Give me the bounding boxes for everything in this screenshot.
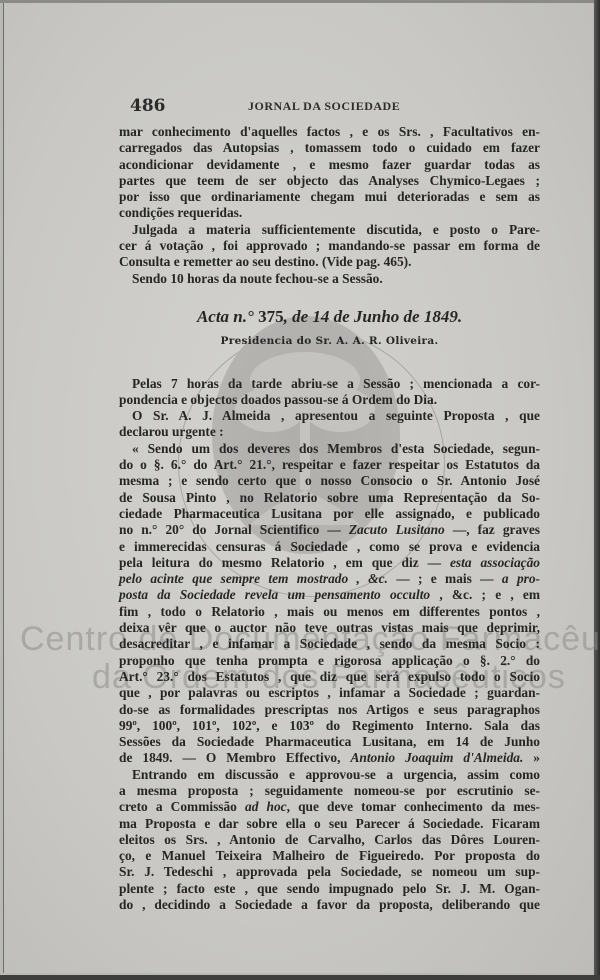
paragraph-closing: Sendo 10 horas da noute fechou-se a Sess… — [119, 271, 540, 287]
acta-heading: Acta n.° 375, de 14 de Junho de 1849. — [119, 309, 540, 325]
text-line: « Sendo um dos deveres dos Membros d'est… — [119, 441, 540, 457]
text-line: do-se as formalidades prescriptas nos Ar… — [119, 702, 540, 718]
text-line: ciedade Pharmaceutica Lusitana por elle … — [119, 506, 540, 522]
text-line: que , por palavras ou escriptos , infama… — [119, 685, 540, 701]
acta-number: 375 — [258, 307, 284, 326]
text-line: Sendo 10 horas da noute fechou-se a Sess… — [119, 271, 540, 287]
quoted-text: posta da Sociedade revela um pensamento … — [119, 587, 430, 602]
text-line: condições requeridas. — [119, 205, 540, 221]
text-line: O Sr. A. J. Almeida , apresentou a segui… — [119, 408, 540, 424]
text-run: — ; e mais — — [388, 571, 502, 586]
proposal-quote: « Sendo um dos deveres dos Membros d'est… — [119, 441, 540, 767]
text-line: plente ; facto este , que sendo impugnad… — [119, 881, 540, 897]
text-line: carregados das Autopsias , tomassem todo… — [119, 140, 540, 156]
text-line: eleitos os Srs. , Antonio de Carvalho, C… — [119, 832, 540, 848]
presidency-line: Presidencia do Sr. A. A. R. Oliveira. — [119, 333, 540, 349]
text-line: do , decidindo a Sociedade a favor da pr… — [119, 897, 540, 913]
text-line: pelo acinte que sempre tem mostrado , &c… — [119, 571, 540, 587]
text-line: Sr. J. Tedeschi , approvada pela Socieda… — [119, 864, 540, 880]
text-line: Entrando em discussão e approvou-se a ur… — [119, 767, 540, 783]
text-run: de 1849. — O Membro Effectivo, — [119, 750, 350, 765]
paragraph-discussion: Entrando em discussão e approvou-se a ur… — [119, 767, 540, 914]
acta-date: , de 14 de Junho de 1849. — [284, 307, 463, 326]
text-line: ço, e Manuel Teixeira Malheiro de Figuei… — [119, 848, 540, 864]
text-line: creto a Commissão ad hoc, que deve tomar… — [119, 799, 540, 815]
text-line: fim , todo o Relatorio , mais ou menos e… — [119, 604, 540, 620]
acta-prefix: Acta n.° — [197, 307, 254, 326]
text-line: Consulta e remetter ao seu destino. (Vid… — [119, 254, 540, 270]
journal-title: Zacuto Lusitano — [349, 522, 445, 537]
text-line: Pelas 7 horas da tarde abriu-se a Sessão… — [119, 376, 540, 392]
page-body: mar conhecimento d'aquelles factos , e o… — [119, 124, 540, 913]
text-line: de Sousa Pinto , no Relatorio sobre uma … — [119, 490, 540, 506]
text-line: proponho que tenha prompta e rigorosa ap… — [119, 653, 540, 669]
paragraph-parecer: Julgada a materia sufficientemente discu… — [119, 222, 540, 271]
text-run: , que deve tomar conhecimento da mes- — [287, 799, 540, 814]
text-line: de 1849. — O Membro Effectivo, Antonio J… — [119, 750, 540, 766]
text-line: posta da Sociedade revela um pensamento … — [119, 587, 540, 603]
scan-binding-edge — [594, 0, 600, 980]
text-line: partes que teem de ser objecto das Analy… — [119, 173, 540, 189]
text-line: Art.° 23.° dos Estatutos , que diz que s… — [119, 669, 540, 685]
text-line: a mesma proposta ; seguidamente nomeou-s… — [119, 783, 540, 799]
text-line: por isso que ordinariamente chegam mui d… — [119, 189, 540, 205]
quoted-text: a pro- — [502, 571, 540, 586]
quoted-text: esta associação — [450, 555, 540, 570]
text-line: pondencia e objectos doados passou-se á … — [119, 392, 540, 408]
text-line: pela leitura do mesmo Relatorio , em que… — [119, 555, 540, 571]
text-run: no n.° 20° do Jornal Scientifico — — [119, 522, 349, 537]
text-line: Julgada a materia sufficientemente discu… — [119, 222, 540, 238]
text-line: 99º, 100º, 101º, 102º, e 103º do Regimen… — [119, 718, 540, 734]
running-title: JORNAL DA SOCIEDADE — [248, 99, 400, 114]
text-run: —, faz graves — [445, 522, 540, 537]
text-line: e immerecidas censuras á Sociedade , com… — [119, 539, 540, 555]
text-line: no n.° 20° do Jornal Scientifico — Zacut… — [119, 522, 540, 538]
latin-term: ad hoc — [245, 799, 287, 814]
text-run: » — [523, 750, 540, 765]
scan-bottom-edge — [0, 975, 600, 980]
page-header: 486 JORNAL DA SOCIEDADE — [130, 96, 480, 118]
text-line: ma Proposta e dar sobre ella o seu Parec… — [119, 816, 540, 832]
paragraph-autopsias: mar conhecimento d'aquelles factos , e o… — [119, 124, 540, 222]
text-line: do o §. 6.° do Art.° 21.°, respeitar e f… — [119, 457, 540, 473]
text-line: mesma ; e sendo certo que o nosso Consoc… — [119, 473, 540, 489]
text-line: declarou urgente : — [119, 424, 540, 440]
text-line: deixa vêr que o auctor não teve outras v… — [119, 620, 540, 636]
page-number: 486 — [130, 96, 166, 116]
signatory-name: Antonio Joaquim d'Almeida. — [350, 750, 523, 765]
text-run: pela leitura do mesmo Relatorio , em que… — [119, 555, 450, 570]
text-run: creto a Commissão — [119, 799, 245, 814]
text-line: cer á votação , foi approvado ; mandando… — [119, 238, 540, 254]
text-line: Sessões da Sociedade Pharmaceutica Lusit… — [119, 734, 540, 750]
paragraph-opening: Pelas 7 horas da tarde abriu-se a Sessão… — [119, 376, 540, 409]
text-line: desacreditar , e infamar a Sociedade , s… — [119, 636, 540, 652]
paragraph-almeida: O Sr. A. J. Almeida , apresentou a segui… — [119, 408, 540, 441]
text-line: acondicionar devidamente , e mesmo fazer… — [119, 157, 540, 173]
quoted-text: pelo acinte que sempre tem mostrado , &c… — [119, 571, 388, 586]
text-run: , &c. ; e , em — [430, 587, 540, 602]
text-line: mar conhecimento d'aquelles factos , e o… — [119, 124, 540, 140]
